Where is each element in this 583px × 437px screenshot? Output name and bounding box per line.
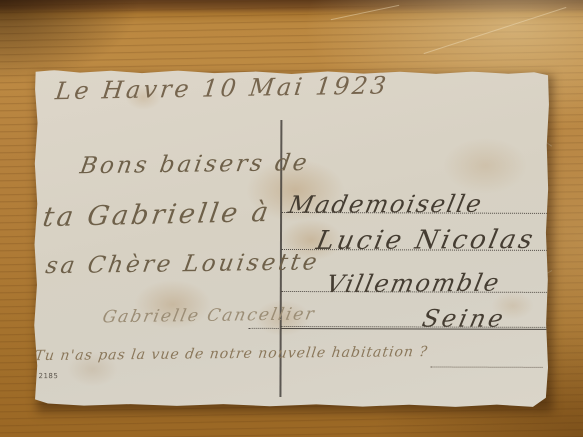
card-number: 2185: [39, 372, 59, 380]
photo: Le Havre 10 Mai 1923 Bons baisers de ta …: [0, 0, 583, 437]
signature-dotted-line: [249, 310, 279, 329]
message-line-2: ta Gabrielle à: [41, 197, 274, 233]
address-line-4: Seine: [281, 287, 547, 328]
address-line-1: Mademoiselle: [281, 174, 547, 214]
postcard-date: Le Havre 10 Mai 1923: [54, 71, 391, 105]
message-line-1: Bons baisers de: [78, 150, 312, 179]
bottom-note: Tu n'as pas la vue de notre nouvelle hab…: [34, 344, 429, 364]
bottom-note-dotted-line: [431, 350, 543, 367]
address-underline: [281, 328, 547, 330]
postcard: Le Havre 10 Mai 1923 Bons baisers de ta …: [32, 69, 549, 408]
address-line-2: Lucie Nicolas: [281, 211, 547, 251]
